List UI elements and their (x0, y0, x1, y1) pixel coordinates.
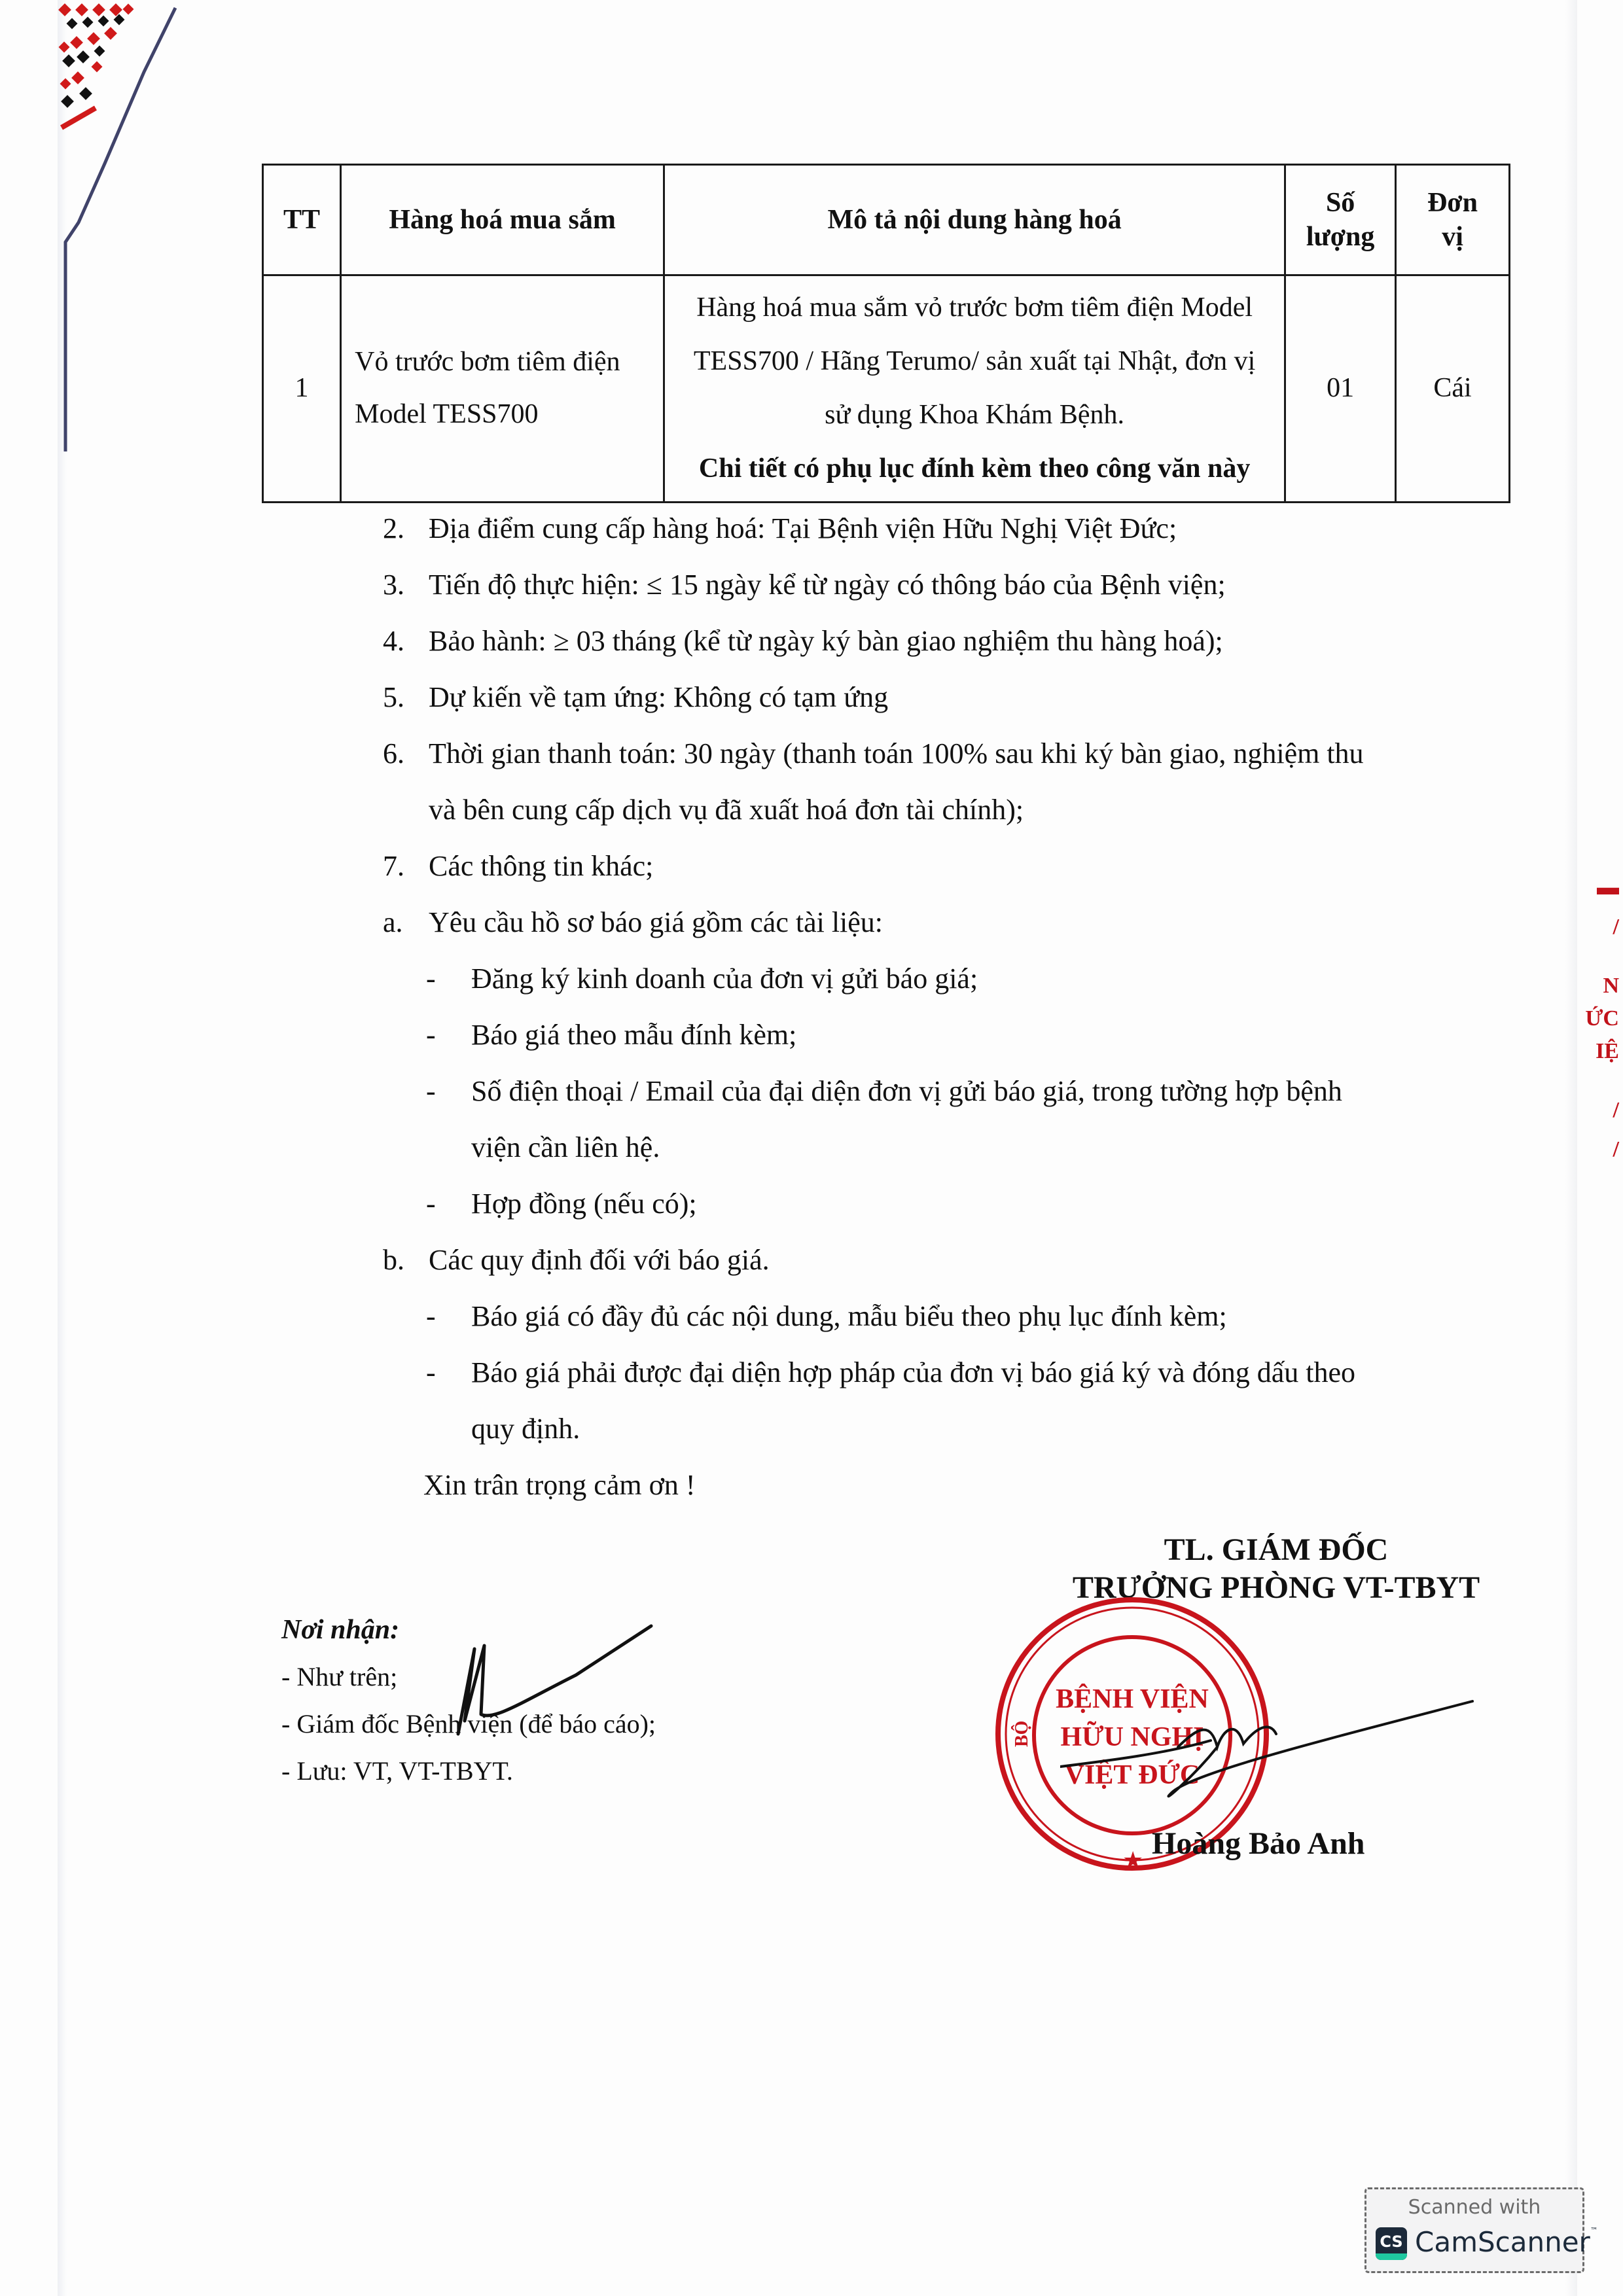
table-header-row: TT Hàng hoá mua sắm Mô tả nội dung hàng … (263, 165, 1510, 275)
list-item: 4.Bảo hành: ≥ 03 tháng (kể từ ngày ký bà… (383, 613, 1508, 669)
goods-table: TT Hàng hoá mua sắm Mô tả nội dung hàng … (262, 164, 1510, 503)
bullet-item: -Hợp đồng (nếu có); (383, 1176, 1508, 1232)
list-item-continuation: và bên cung cấp dịch vụ đã xuất hoá đơn … (383, 782, 1508, 838)
closing-thanks: Xin trân trọng cảm ơn ! (383, 1457, 1508, 1513)
header-tt: TT (263, 165, 341, 275)
list-item: 3.Tiến độ thực hiện: ≤ 15 ngày kể từ ngà… (383, 557, 1508, 613)
list-item: 6.Thời gian thanh toán: 30 ngày (thanh t… (383, 726, 1508, 782)
camscanner-watermark: Scanned with CS CamScanner™ (1364, 2187, 1584, 2273)
cell-unit: Cái (1396, 275, 1510, 503)
header-description: Mô tả nội dung hàng hoá (664, 165, 1285, 275)
header-quantity: Sốlượng (1285, 165, 1396, 275)
bullet-item: -Báo giá phải được đại diện hợp pháp của… (383, 1345, 1508, 1401)
cell-tt: 1 (263, 275, 341, 503)
edge-stamp-fragment: ▬ / N ỨC IỆ / / (1584, 864, 1623, 1165)
page-edge-shadow (1565, 0, 1577, 2296)
signer-name: Hoàng Bảo Anh (1152, 1826, 1364, 1862)
bullet-item: -Số điện thoại / Email của đại diện đơn … (383, 1063, 1508, 1120)
bullet-item: -Đăng ký kinh doanh của đơn vị gửi báo g… (383, 951, 1508, 1007)
recipient-line: - Lưu: VT, VT-TBYT. (281, 1748, 656, 1795)
corner-scan-artifact (0, 0, 196, 458)
handwritten-signature (445, 1623, 661, 1740)
list-item: 5.Dự kiến về tạm ứng: Không có tạm ứng (383, 669, 1508, 726)
svg-text:BỘ: BỘ (1012, 1721, 1032, 1747)
list-item: a.Yêu cầu hồ sơ báo giá gồm các tài liệu… (383, 894, 1508, 951)
bullet-item: -Báo giá theo mẫu đính kèm; (383, 1007, 1508, 1063)
list-item: 7.Các thông tin khác; (383, 838, 1508, 894)
description-note: Chi tiết có phụ lục đính kèm theo công v… (671, 442, 1277, 496)
director-signature (1060, 1682, 1479, 1812)
bullet-item-continuation: viện cần liên hệ. (383, 1120, 1508, 1176)
header-goods: Hàng hoá mua sắm (341, 165, 664, 275)
cell-description: Hàng hoá mua sắm vỏ trước bơm tiêm điện … (664, 275, 1285, 503)
bullet-item: -Báo giá có đầy đủ các nội dung, mẫu biể… (383, 1288, 1508, 1345)
camscanner-logo-icon: CS (1376, 2227, 1407, 2260)
header-unit: Đơnvị (1396, 165, 1510, 275)
list-item: 2.Địa điểm cung cấp hàng hoá: Tại Bệnh v… (383, 501, 1508, 557)
bullet-item-continuation: quy định. (383, 1401, 1508, 1457)
table-row: 1 Vỏ trước bơm tiêm điện Model TESS700 H… (263, 275, 1510, 503)
cell-goods-name: Vỏ trước bơm tiêm điện Model TESS700 (341, 275, 664, 503)
document-body: 2.Địa điểm cung cấp hàng hoá: Tại Bệnh v… (383, 501, 1508, 1513)
list-item: b.Các quy định đối với báo giá. (383, 1232, 1508, 1288)
svg-text:★: ★ (1122, 1847, 1143, 1874)
cell-quantity: 01 (1285, 275, 1396, 503)
